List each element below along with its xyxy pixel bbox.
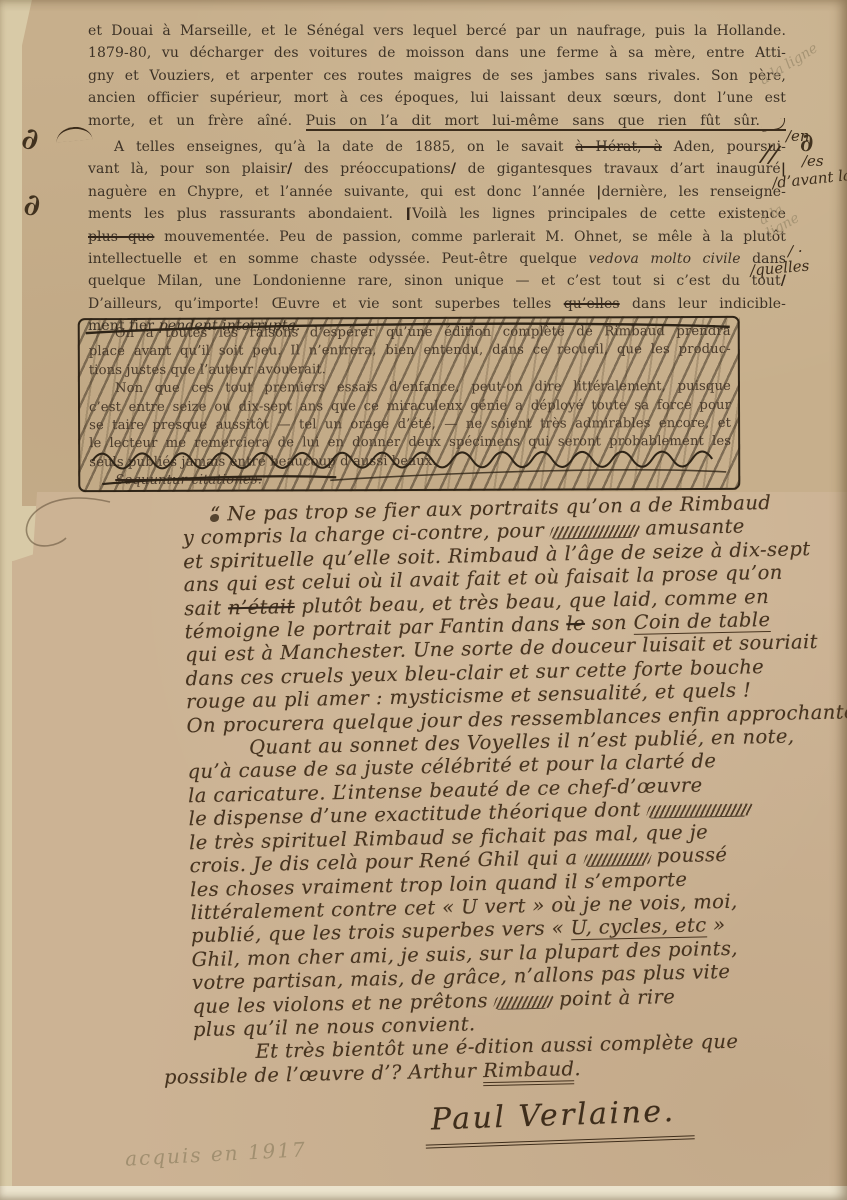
printed-paragraph-1: et Douai à Marseille, et le Sénégal vers… xyxy=(88,20,786,132)
crossed-line: place avant qu’il soit peu. Il n’entrera… xyxy=(89,341,731,362)
printed-line: quelque Milan, une Londonienne rare, sin… xyxy=(88,270,786,292)
printed-line: intellectuelle et en somme chaste odyssé… xyxy=(88,248,786,270)
crossed-out-text: On a toutes les raisons d’espérer qu’une… xyxy=(89,323,732,491)
crossed-line: tions justes que l’auteur avouerait. xyxy=(89,360,731,381)
backing-page-edge xyxy=(0,1186,847,1200)
document-scan: et Douai à Marseille, et le Sénégal vers… xyxy=(0,0,847,1200)
crossed-line: seuls publiés jamais entre beaucoup d’au… xyxy=(89,452,731,473)
crossed-out-block: On a toutes les raisons d’espérer qu’une… xyxy=(78,316,741,492)
printed-line: naguère en Chypre, et l’année suivante, … xyxy=(88,181,786,203)
printed-line: et Douai à Marseille, et le Sénégal vers… xyxy=(88,20,786,42)
ink-scribble xyxy=(549,525,641,539)
printed-line: 1879-80, vu décharger des voitures de mo… xyxy=(88,42,786,64)
printed-line: gny et Vouziers, et arpenter ces routes … xyxy=(88,65,786,87)
flourish-mark xyxy=(14,494,124,554)
ink-scribble xyxy=(582,853,652,866)
printed-text-block: et Douai à Marseille, et le Sénégal vers… xyxy=(88,20,786,338)
crossed-line: On a toutes les raisons d’espérer qu’une… xyxy=(89,323,731,344)
crossed-line: Sequuntur citationes. xyxy=(89,470,731,491)
printed-line: ments les plus rassurants abondaient. ⌈V… xyxy=(88,203,786,225)
printed-line: A telles enseignes, qu’à la date de 1885… xyxy=(88,136,786,158)
ink-scribble xyxy=(646,804,754,818)
crossed-line: c’est entre seize ou dix-sept ans que ce… xyxy=(89,397,731,418)
signature: Paul Verlaine. xyxy=(424,1093,694,1148)
printed-line: ancien officier supérieur, mort à ces ép… xyxy=(88,87,786,109)
printed-line: vant là, pour son plaisir/ des préoccupa… xyxy=(88,158,786,180)
printed-line: morte, et un frère aîné. Puis on l’a dit… xyxy=(88,110,786,132)
printed-line: plus que mouvementée. Peu de passion, co… xyxy=(88,226,786,248)
ink-margin-note: ∕es xyxy=(802,152,824,170)
printed-line: D’ailleurs, qu’importe! Œuvre et vie son… xyxy=(88,293,786,315)
handwritten-text-block: “ Ne pas trop se fier aux portraits qu’o… xyxy=(148,489,847,1089)
ink-scribble xyxy=(493,995,555,1008)
printed-paragraph-2: A telles enseignes, qu’à la date de 1885… xyxy=(88,136,786,338)
crossed-line: le lecteur me remerciera de lui en donne… xyxy=(89,433,731,454)
crossed-line: Non que ces tout premiers essais d’enfan… xyxy=(89,378,731,399)
crossed-line: se taire presque aussitôt — tel un orage… xyxy=(89,415,731,436)
